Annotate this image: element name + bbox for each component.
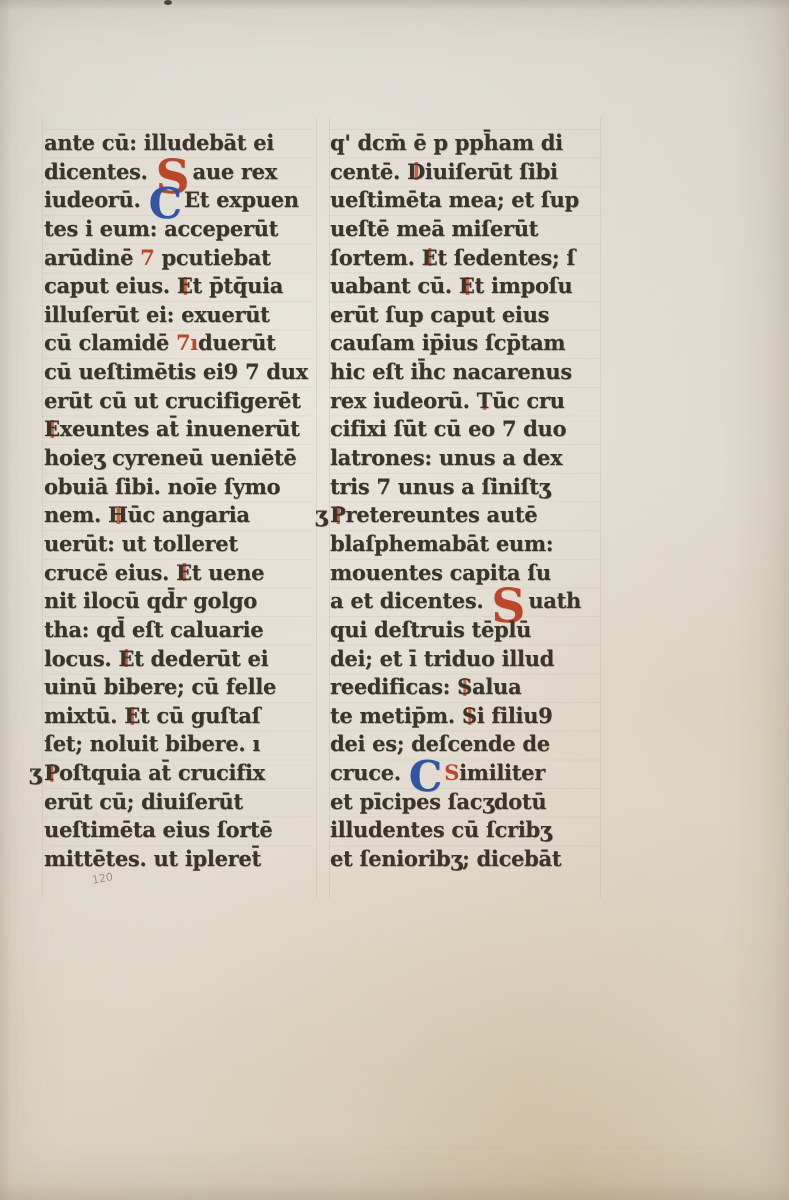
- text-line: tha: qd̄ eſt caluarie: [44, 616, 312, 645]
- text-segment: erūt ſup caput eius: [330, 302, 549, 327]
- text-segment: retereuntes autē: [346, 502, 538, 527]
- text-segment: t dederūt ei: [134, 646, 268, 671]
- text-line: tris 7 unus a ſiniſtʒ: [330, 473, 600, 502]
- text-segment: uath: [528, 588, 581, 613]
- text-segment: dicentes.: [44, 159, 155, 184]
- text-segment: ſortem.: [330, 245, 422, 270]
- text-segment: oſtquia at̄ crucifix: [59, 760, 265, 785]
- marginal-flourish: ʒ: [29, 759, 44, 788]
- text-line: cauſam ip̄ius ſcp̄tam: [330, 329, 600, 358]
- text-line: cū clamidē 7ıduerūt: [44, 329, 312, 358]
- manuscript-page-photo: ante cū: illudebāt eidicentes. Saue rexi…: [0, 0, 789, 1200]
- text-segment: a et dicentes.: [330, 588, 490, 613]
- text-segment: nit ilocū qd̄r golgo: [44, 588, 257, 613]
- text-segment: erūt cū ut crucifigerēt: [44, 388, 301, 413]
- text-line: erūt cū; diuiſerūt: [44, 788, 312, 817]
- ruling-line-right: [600, 118, 601, 898]
- text-segment: uabant cū.: [330, 273, 459, 298]
- text-segment: illudentes cū ſcribʒ: [330, 817, 552, 842]
- text-line: a et dicentes. Suath: [330, 587, 600, 616]
- text-segment: mixtū.: [44, 703, 124, 728]
- text-line: ʒPoſtquia at̄ crucifix: [44, 759, 312, 788]
- text-segment: blaſphemabāt eum:: [330, 531, 553, 556]
- red-text-segment: 7: [140, 245, 154, 270]
- text-segment: dei; et ī triduo illud: [330, 646, 554, 671]
- text-line: reedificas: Salua: [330, 673, 600, 702]
- text-line: nem. Hūc angaria: [44, 501, 312, 530]
- text-segment: arūdinē: [44, 245, 140, 270]
- text-segment: ueſtē meā miſerūt: [330, 216, 538, 241]
- text-line: dei es; deſcende de: [330, 730, 600, 759]
- text-line: dei; et ī triduo illud: [330, 645, 600, 674]
- text-segment: centē.: [330, 159, 407, 184]
- text-line: mixtū. Et cū guſtaſ: [44, 702, 312, 731]
- text-segment: nem.: [44, 502, 108, 527]
- text-line: ſortem. Et ſedentes; ſ: [330, 244, 600, 273]
- rubricated-capital: E: [459, 273, 475, 298]
- text-segment: qui deſtruis tēplū: [330, 617, 531, 642]
- text-segment: uinū bibere; cū felle: [44, 674, 276, 699]
- text-line: mouentes capita ſu: [330, 559, 600, 588]
- text-line: uerūt: ut tolleret: [44, 530, 312, 559]
- text-line: blaſphemabāt eum:: [330, 530, 600, 559]
- manuscript-column-right: q' dcm̄ ē p pph̄am dicentē. Diuiſerūt ſi…: [330, 129, 600, 874]
- text-segment: tes i eum: acceperūt: [44, 216, 278, 241]
- text-segment: imiliter: [459, 760, 545, 785]
- text-segment: ūc angaria: [128, 502, 250, 527]
- text-line: erūt cū ut crucifigerēt: [44, 387, 312, 416]
- pencil-folio-note: 120: [91, 870, 114, 886]
- text-line: cū ueſtimētis ei9 7 dux: [44, 358, 312, 387]
- text-segment: uerūt: ut tolleret: [44, 531, 238, 556]
- text-segment: iuiſerūt ſibi: [425, 159, 558, 184]
- text-line: hoieʒ cyreneū ueniētē: [44, 444, 312, 473]
- text-line: te metip̄m. Si filiu9: [330, 702, 600, 731]
- text-line: ueſtimēta mea; et ſup: [330, 186, 600, 215]
- text-line: uabant cū. Et impoſu: [330, 272, 600, 301]
- rubricated-capital: P: [44, 760, 59, 785]
- text-segment: Et expuen: [184, 187, 299, 212]
- rubricated-capital: T: [477, 388, 492, 413]
- text-segment: alua: [472, 674, 521, 699]
- text-line: nit ilocū qd̄r golgo: [44, 587, 312, 616]
- rubricated-capital: E: [118, 646, 134, 671]
- text-line: ʒPretereuntes autē: [330, 501, 600, 530]
- rubricated-capital: P: [330, 502, 346, 527]
- text-line: ſet; noluit bibere. ı: [44, 730, 312, 759]
- text-segment: cū clamidē: [44, 330, 176, 355]
- rubricated-capital: D: [407, 159, 425, 184]
- text-line: et pīcipes ſacʒdotū: [330, 788, 600, 817]
- rubricated-capital: E: [177, 273, 193, 298]
- text-line: erūt ſup caput eius: [330, 301, 600, 330]
- text-line: hic eſt ih̄c nacarenus: [330, 358, 600, 387]
- text-segment: hoieʒ cyreneū ueniētē: [44, 445, 296, 470]
- rubricated-capital: S: [462, 703, 477, 728]
- text-line: locus. Et dederūt ei: [44, 645, 312, 674]
- text-line: iudeorū. CEt expuen: [44, 186, 312, 215]
- red-text-segment: 7ı: [176, 330, 198, 355]
- text-segment: cifixi ſūt cū eo 7 duo: [330, 416, 566, 441]
- text-segment: hic eſt ih̄c nacarenus: [330, 359, 572, 384]
- red-text-segment: S: [444, 760, 459, 785]
- text-segment: q' dcm̄ ē p pph̄am di: [330, 130, 563, 155]
- text-line: illudentes cū ſcribʒ: [330, 816, 600, 845]
- text-segment: tha: qd̄ eſt caluarie: [44, 617, 263, 642]
- text-line: q' dcm̄ ē p pph̄am di: [330, 129, 600, 158]
- text-segment: ſet; noluit bibere. ı: [44, 731, 260, 756]
- text-segment: t p̄tq̄uia: [193, 273, 284, 298]
- text-segment: cū ueſtimētis ei9 7 dux: [44, 359, 308, 384]
- text-line: Exeuntes at̄ inuenerūt: [44, 415, 312, 444]
- text-line: et ſenioribʒ; dicebāt: [330, 845, 600, 874]
- text-segment: rex iudeorū.: [330, 388, 477, 413]
- text-line: ueſtimēta eius ſortē: [44, 816, 312, 845]
- text-segment: t ſedentes; ſ: [437, 245, 575, 270]
- text-segment: i filiu9: [477, 703, 553, 728]
- text-segment: t impoſu: [475, 273, 573, 298]
- text-line: cruce. CSimiliter: [330, 759, 600, 788]
- text-line: crucē eius. Et uene: [44, 559, 312, 588]
- manuscript-column-left: ante cū: illudebāt eidicentes. Saue rexi…: [44, 129, 312, 874]
- text-segment: caput eius.: [44, 273, 177, 298]
- text-segment: erūt cū; diuiſerūt: [44, 789, 243, 814]
- text-segment: tris 7 unus a ſiniſtʒ: [330, 474, 550, 499]
- text-segment: reedificas:: [330, 674, 457, 699]
- text-line: qui deſtruis tēplū: [330, 616, 600, 645]
- rubricated-capital: H: [108, 502, 128, 527]
- text-segment: ueſtimēta mea; et ſup: [330, 187, 579, 212]
- text-segment: aue rex: [193, 159, 277, 184]
- text-segment: te metip̄m.: [330, 703, 462, 728]
- rubricated-capital: E: [176, 560, 192, 585]
- marginal-flourish: ʒ: [315, 501, 330, 530]
- text-line: rex iudeorū. Tūc cru: [330, 387, 600, 416]
- rubricated-capital: E: [44, 416, 60, 441]
- text-segment: mittētes. ut ipleret̄: [44, 846, 261, 871]
- rubricated-capital: S: [457, 674, 472, 699]
- text-line: latrones: unus a dex: [330, 444, 600, 473]
- text-segment: t cū guſtaſ: [140, 703, 260, 728]
- text-line: illuſerūt ei: exuerūt: [44, 301, 312, 330]
- text-segment: crucē eius.: [44, 560, 176, 585]
- text-segment: cruce.: [330, 760, 408, 785]
- text-segment: obuiā ſibi. noīe ſymo: [44, 474, 280, 499]
- text-line: tes i eum: acceperūt: [44, 215, 312, 244]
- rubricated-capital: E: [422, 245, 438, 270]
- text-line: uinū bibere; cū felle: [44, 673, 312, 702]
- page-speck: [164, 0, 172, 5]
- text-line: mittētes. ut ipleret̄: [44, 845, 312, 874]
- text-line: cifixi ſūt cū eo 7 duo: [330, 415, 600, 444]
- text-segment: cauſam ip̄ius ſcp̄tam: [330, 330, 565, 355]
- text-segment: et ſenioribʒ; dicebāt: [330, 846, 561, 871]
- rubricated-capital: E: [124, 703, 140, 728]
- text-segment: iudeorū.: [44, 187, 148, 212]
- text-segment: duerūt: [198, 330, 276, 355]
- text-line: caput eius. Et p̄tq̄uia: [44, 272, 312, 301]
- text-line: arūdinē 7 pcutiebat: [44, 244, 312, 273]
- text-line: obuiā ſibi. noīe ſymo: [44, 473, 312, 502]
- text-segment: latrones: unus a dex: [330, 445, 562, 470]
- text-segment: illuſerūt ei: exuerūt: [44, 302, 270, 327]
- text-line: ueſtē meā miſerūt: [330, 215, 600, 244]
- text-segment: pcutiebat: [154, 245, 270, 270]
- text-segment: t uene: [192, 560, 264, 585]
- text-segment: xeuntes at̄ inuenerūt: [60, 416, 300, 441]
- text-segment: ūc cru: [492, 388, 565, 413]
- text-line: centē. Diuiſerūt ſibi: [330, 158, 600, 187]
- text-segment: et pīcipes ſacʒdotū: [330, 789, 546, 814]
- text-segment: ueſtimēta eius ſortē: [44, 817, 272, 842]
- text-segment: locus.: [44, 646, 118, 671]
